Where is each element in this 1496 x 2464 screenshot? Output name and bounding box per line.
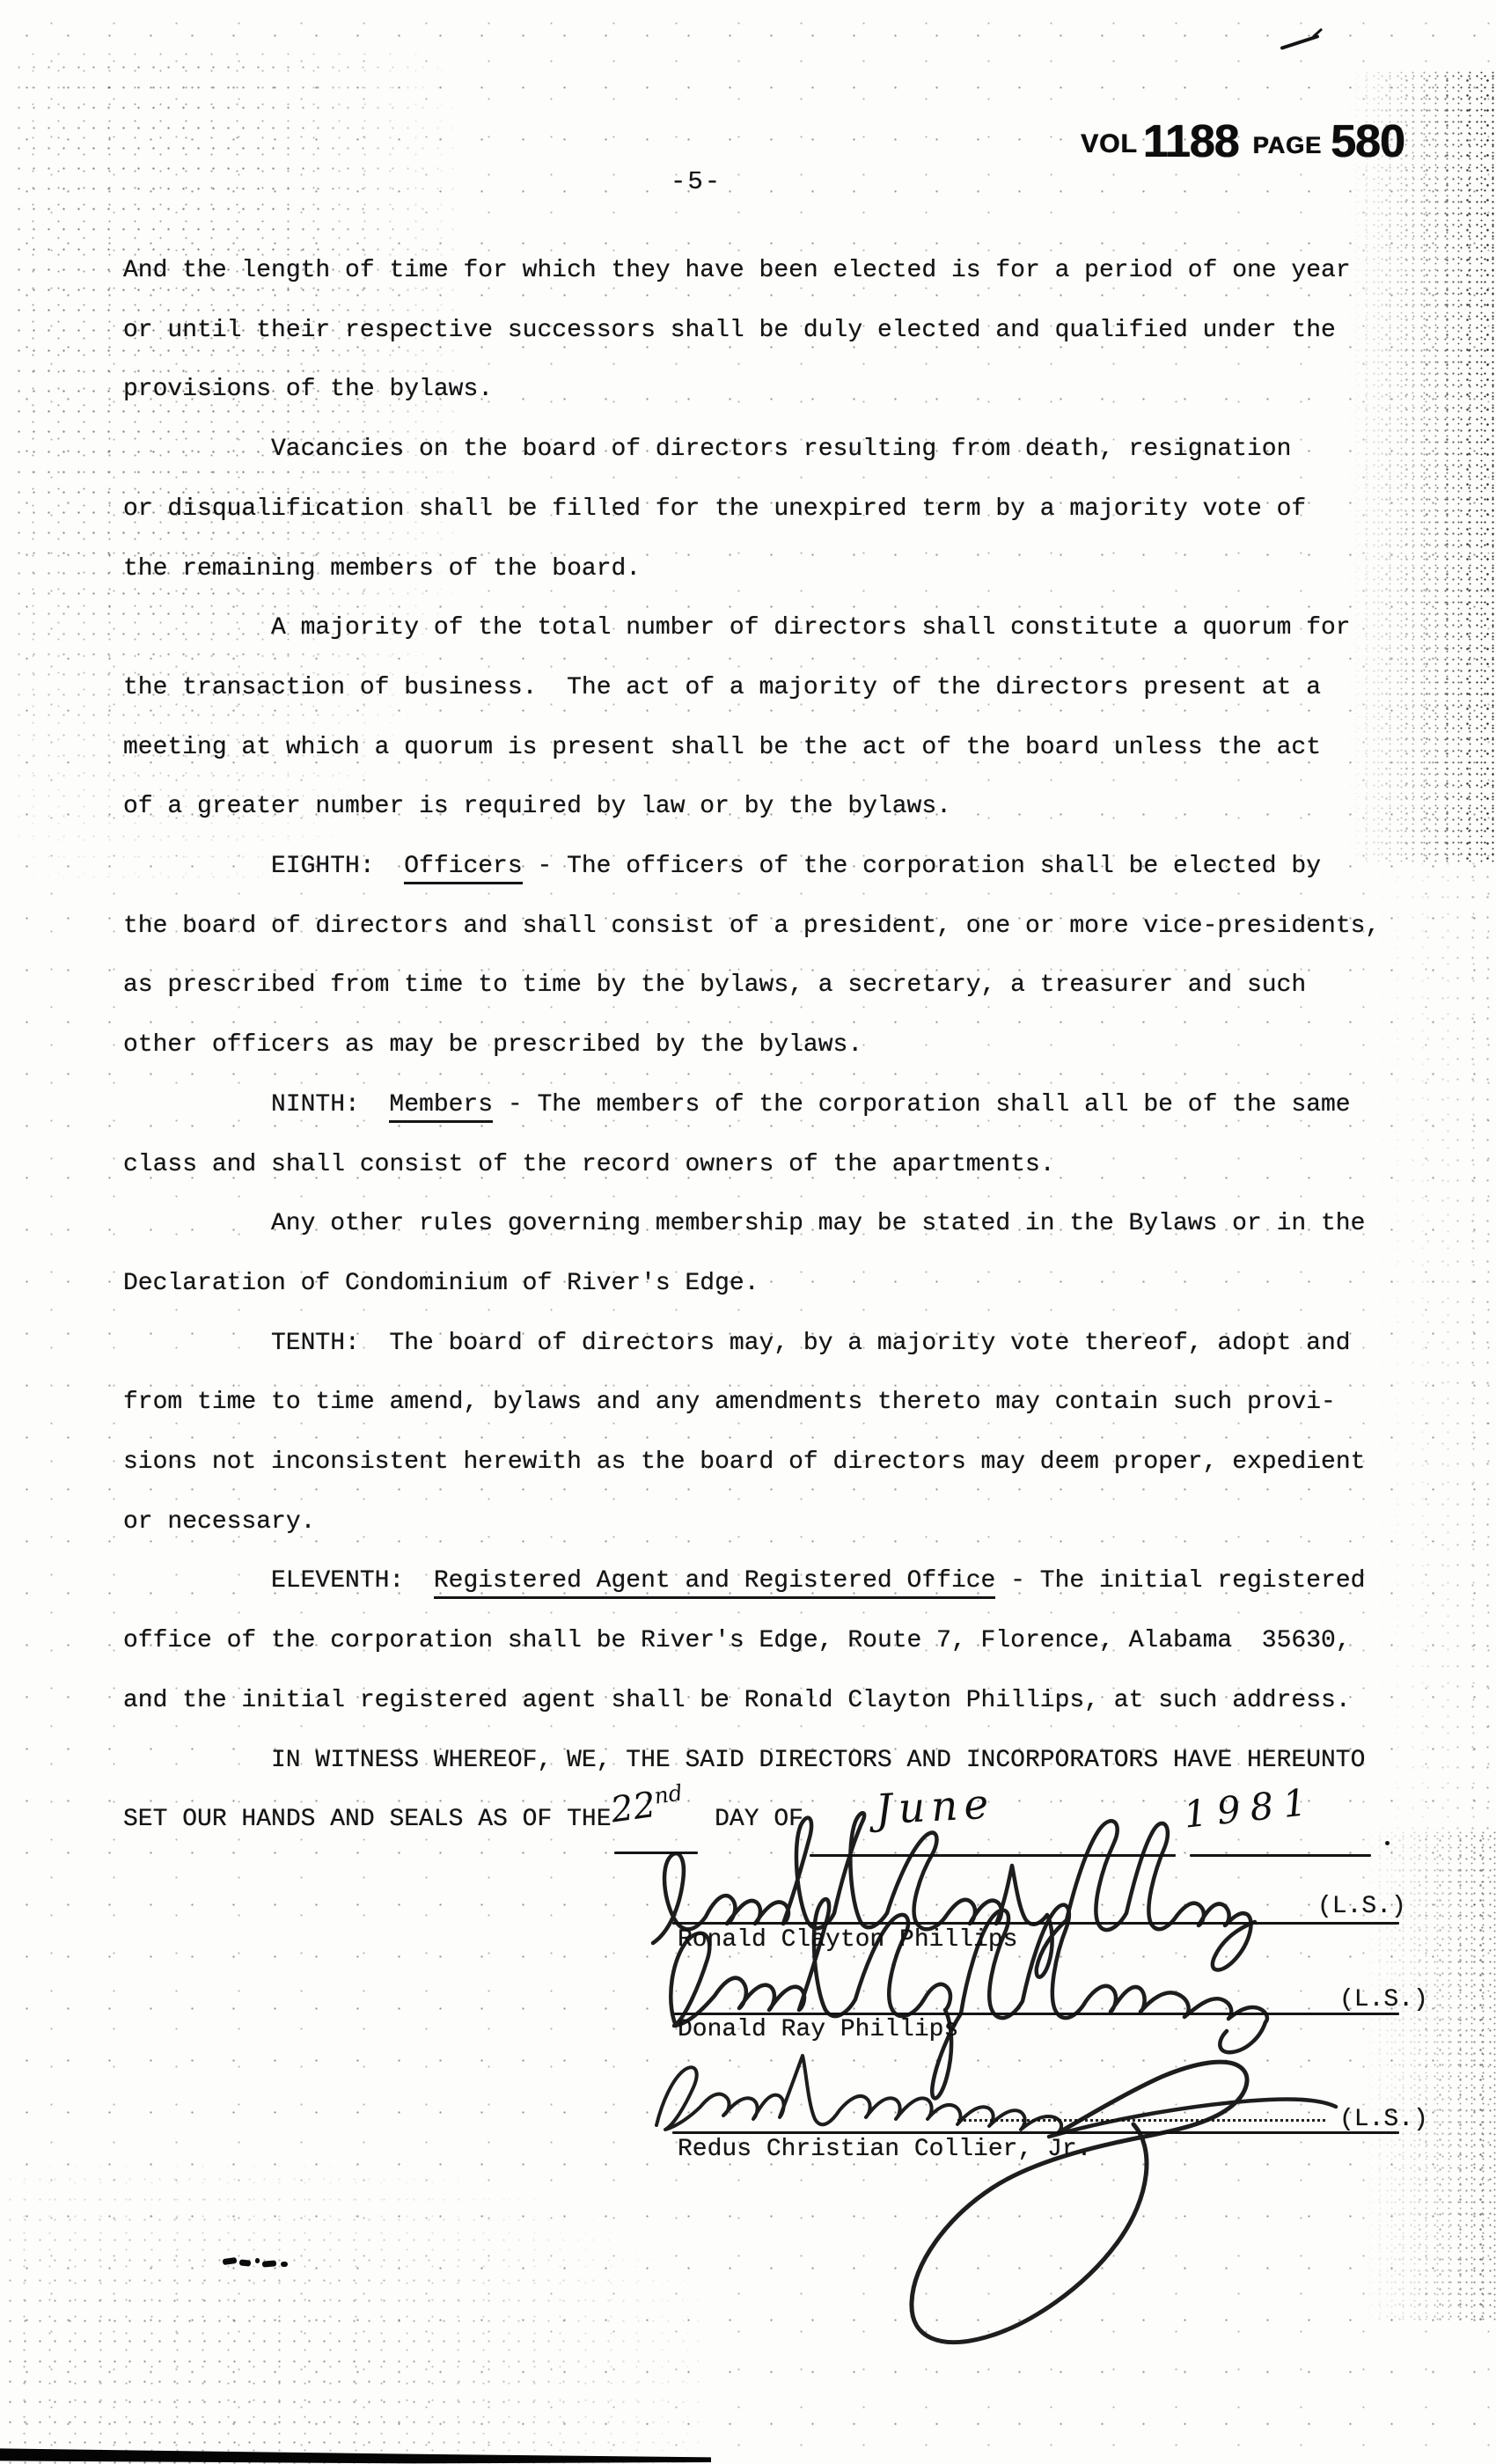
collier-signature-flourish — [912, 2062, 1247, 2342]
collier-flourish-sweep — [1049, 2099, 1336, 2137]
signature-scripts — [0, 0, 1496, 2464]
ronald-clayton-phillips-signature — [653, 1813, 1255, 1976]
scanned-document-page: VOL 1188 PAGE 580 -5- And the length of … — [0, 0, 1496, 2464]
redus-christian-collier-signature — [656, 2056, 1061, 2133]
